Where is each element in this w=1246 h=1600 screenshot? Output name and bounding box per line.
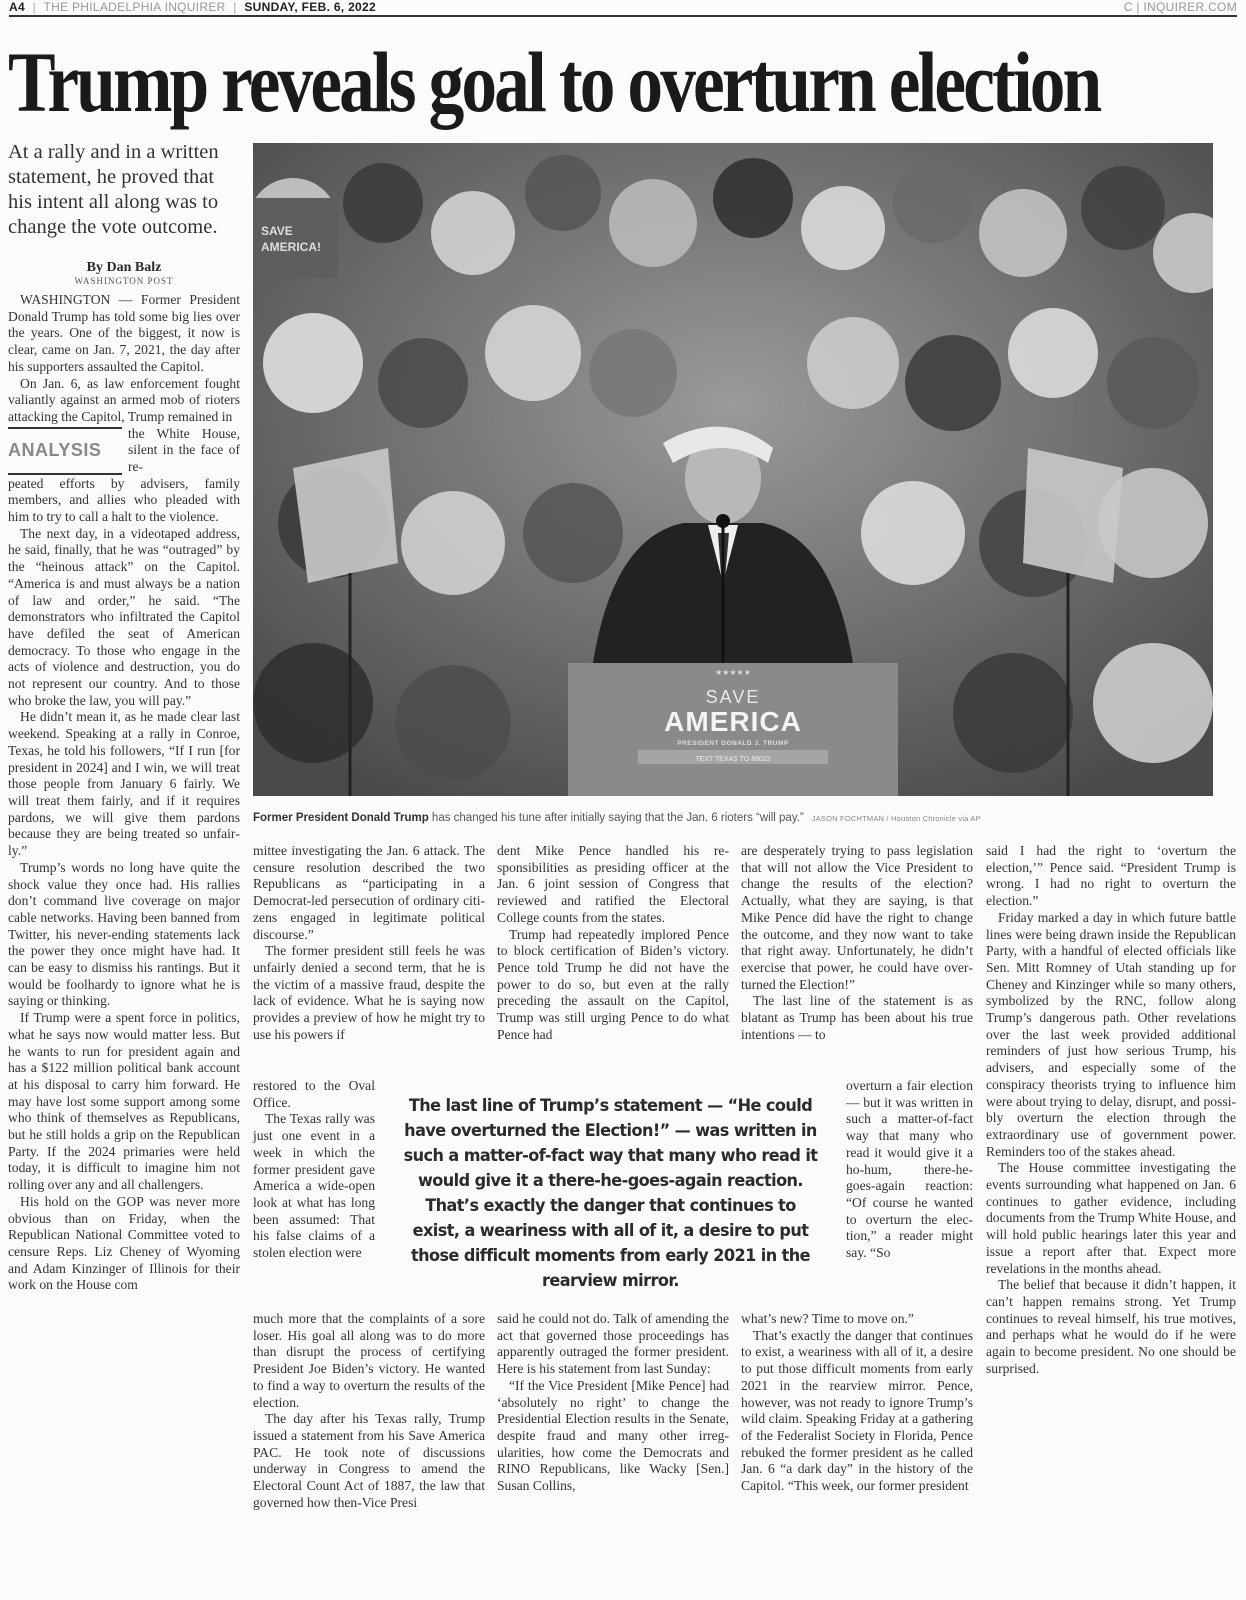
svg-text:TEXT TEXAS TO 88022: TEXT TEXAS TO 88022 — [695, 756, 770, 763]
folio-bar: A4 | THE PHILADELPHIA INQUIRER | SUNDAY,… — [9, 0, 1237, 17]
svg-text:PRESIDENT DONALD J. TRUMP: PRESIDENT DONALD J. TRUMP — [677, 740, 789, 747]
teleprompter-left — [293, 448, 398, 583]
svg-text:★★★★★: ★★★★★ — [715, 668, 751, 677]
article-column-2: mittee investigating the Jan. 6 attack. … — [253, 843, 485, 1043]
paragraph: mittee investigating the Jan. 6 attack. … — [253, 843, 485, 943]
paragraph-fragment: said he could not do. Talk of amending t… — [497, 1311, 729, 1378]
paragraph: The day after his Texas rally, Trump iss… — [253, 1411, 485, 1511]
article-column-5: said I had the right to ‘overturn the el… — [986, 843, 1236, 1378]
svg-text:SAVE: SAVE — [706, 687, 761, 707]
svg-text:AMERICA!: AMERICA! — [261, 240, 321, 254]
crowd-sign — [253, 198, 338, 278]
newspaper-name: THE PHILADELPHIA INQUIRER — [43, 0, 225, 14]
paragraph: Trump had repeatedly im­plored Pence to … — [497, 927, 729, 1044]
paragraph: That’s exactly the danger that continues… — [741, 1328, 973, 1495]
paragraph: His hold on the GOP was never more obvio… — [8, 1194, 240, 1294]
paragraph: said I had the right to ‘overturn the el… — [986, 843, 1236, 910]
article-column-4-narrow: overturn a fair election — but it was wr… — [846, 1078, 973, 1262]
paragraph: If Trump were a spent force in politics,… — [8, 1010, 240, 1194]
photo-caption: Former President Donald Trump has change… — [253, 812, 1243, 824]
folio-left: A4 | THE PHILADELPHIA INQUIRER | SUNDAY,… — [9, 0, 380, 14]
article-column-2-bottom: much more that the complaints of a sore … — [253, 1311, 485, 1511]
article-column-3: dent Mike Pence handled his re­sponsibil… — [497, 843, 729, 1043]
author-organization: WASHINGTON POST — [8, 276, 240, 286]
paragraph: WASHINGTON — Former President Donald Tru… — [8, 292, 240, 376]
paragraph: The Texas rally was just one event in a … — [253, 1111, 375, 1261]
article-column-3-bottom: said he could not do. Talk of amending t… — [497, 1311, 729, 1495]
page-number: A4 — [9, 0, 25, 14]
headline: Trump reveals goal to overturn election — [8, 34, 1031, 130]
author-name: By Dan Balz — [8, 260, 240, 276]
svg-text:AMERICA: AMERICA — [664, 706, 802, 737]
deck-subheadline: At a rally and in a written statement, h… — [8, 140, 240, 240]
paragraph: The next day, in a videotaped address, h… — [8, 526, 240, 710]
photo-credit: JASON FOCHTMAN / Houston Chronicle via A… — [812, 814, 981, 823]
analysis-label-row: ANALYSIS the White House, silent in the … — [8, 426, 240, 476]
paragraph: On Jan. 6, as law enforcement fought val… — [8, 376, 240, 426]
section-website: C | INQUIRER.COM — [1124, 0, 1237, 14]
paragraph: Friday marked a day in which future batt… — [986, 910, 1236, 1161]
paragraph: are desperately trying to pass legislati… — [741, 843, 973, 993]
article-column-4-bottom: what’s new? Time to move on.” That’s exa… — [741, 1311, 973, 1495]
paragraph-fragment: peated efforts by advisers, fami­ly memb… — [8, 476, 240, 526]
paragraph-fragment: much more that the complaints of a sore … — [253, 1311, 485, 1411]
paragraph: The former president still feels he was … — [253, 943, 485, 1043]
analysis-label: ANALYSIS — [8, 427, 122, 475]
rally-photo: SAVE AMERICA! ★★★★★ SAVE AMERICA PRESIDE… — [253, 143, 1213, 796]
paragraph-fragment: what’s new? Time to move on.” — [741, 1311, 973, 1328]
article-column-2-narrow: restored to the Oval Office. The Texas r… — [253, 1078, 375, 1262]
byline: By Dan Balz WASHINGTON POST — [8, 260, 240, 286]
paragraph-fragment: restored to the Oval Office. — [253, 1078, 375, 1111]
paragraph-fragment: overturn a fair election — but it was wr… — [846, 1078, 973, 1262]
paragraph: “If the Vice President [Mike Pence] had … — [497, 1378, 729, 1495]
caption-text: has changed his tune after initially say… — [429, 812, 804, 824]
article-column-1: WASHINGTON — Former President Donald Tru… — [8, 292, 240, 1294]
paragraph: The belief that because it didn’t happen… — [986, 1277, 1236, 1377]
paragraph: dent Mike Pence handled his re­sponsibil… — [497, 843, 729, 927]
folio-separator: | — [33, 0, 36, 14]
paragraph: The House committee investi­gating the e… — [986, 1160, 1236, 1277]
caption-subject: Former President Donald Trump — [253, 812, 429, 824]
paragraph: The last line of the statement is as bla… — [741, 993, 973, 1043]
teleprompter-right — [1023, 448, 1123, 583]
article-column-4: are desperately trying to pass legislati… — [741, 843, 973, 1043]
pull-quote: The last line of Trump’s statement — “He… — [404, 1094, 818, 1294]
folio-separator: | — [233, 0, 236, 14]
paragraph: Trump’s words no long have quite the sho… — [8, 860, 240, 1010]
paragraph-fragment: the White House, silent in the face of r… — [128, 426, 240, 476]
paragraph: He didn’t mean it, as he made clear last… — [8, 709, 240, 859]
issue-date: SUNDAY, FEB. 6, 2022 — [244, 0, 376, 14]
svg-text:SAVE: SAVE — [261, 224, 293, 238]
rally-photo-illustration: SAVE AMERICA! ★★★★★ SAVE AMERICA PRESIDE… — [253, 143, 1213, 796]
